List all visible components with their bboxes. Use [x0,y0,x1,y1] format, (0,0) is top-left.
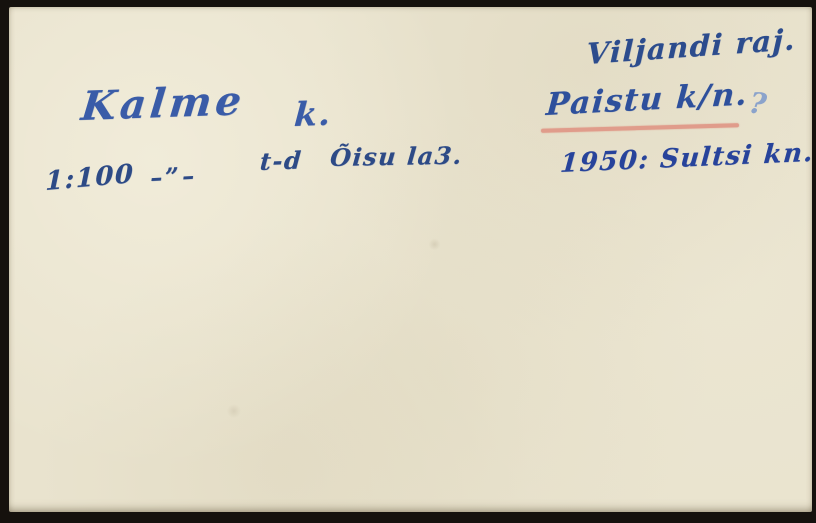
place-name-handwriting: Kalme [79,77,248,130]
scale-handwriting: 1:100 [45,159,135,197]
parish-handwriting: Paistu k/n. [545,76,749,123]
source-place-handwriting: Õisu la3. [329,141,464,172]
source-abbrev-handwriting: t-d [259,145,303,176]
question-mark-handwriting: ? [747,85,770,121]
year-note-handwriting: 1950: Sultsi kn. [559,138,815,179]
index-card: Kalme k. Viljandi raj. Paistu k/n. ? 1:1… [9,7,812,512]
ditto-mark-handwriting: –”– [149,161,197,192]
red-underline-mark [541,123,739,133]
district-handwriting: Viljandi raj. [586,22,797,71]
place-type-handwriting: k. [293,94,333,134]
scan-frame: Kalme k. Viljandi raj. Paistu k/n. ? 1:1… [0,0,816,523]
